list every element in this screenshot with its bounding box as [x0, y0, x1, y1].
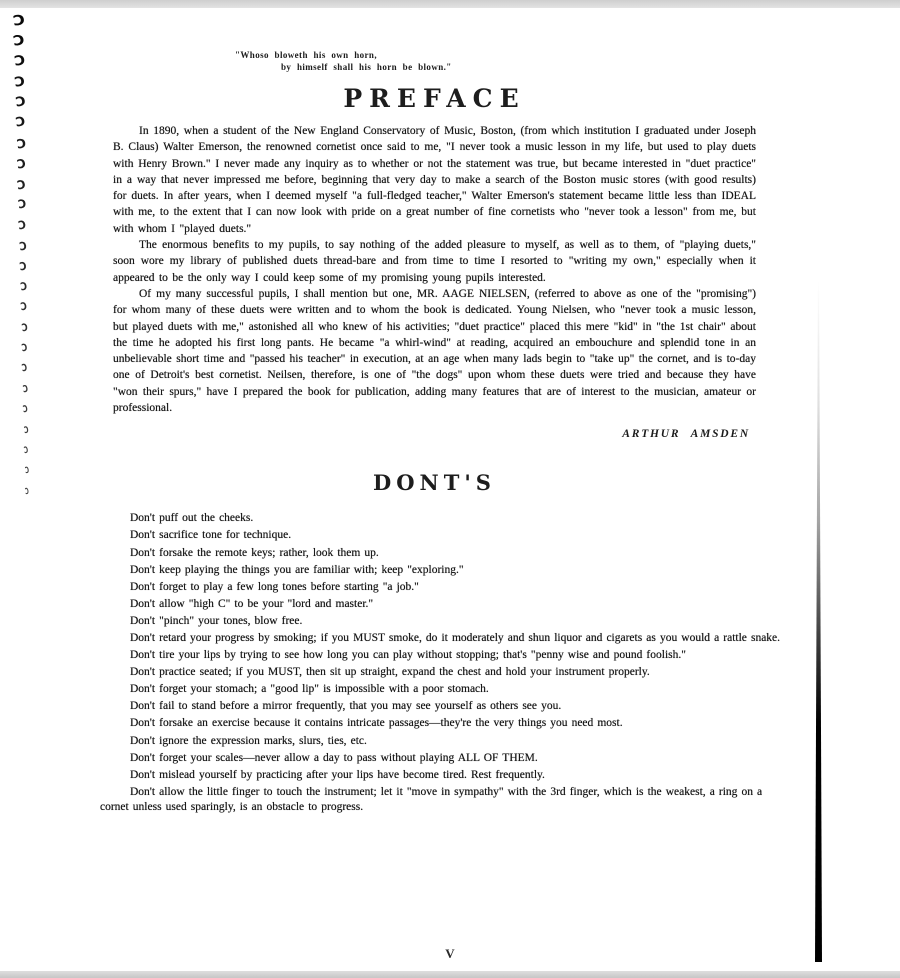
binding-hole: Ɔ	[25, 488, 30, 497]
donts-item: Don't forsake the remote keys; rather, l…	[100, 546, 781, 562]
donts-item: Don't sacrifice tone for technique.	[100, 528, 781, 544]
binding-hole: Ɔ	[17, 199, 27, 212]
donts-item: Don't tire your lips by trying to see ho…	[100, 648, 781, 664]
donts-item: Don't allow "high C" to be your "lord an…	[100, 597, 781, 613]
binding-hole: Ɔ	[18, 240, 27, 252]
scan-edge-bottom	[0, 971, 900, 978]
binding-hole: Ɔ	[22, 364, 29, 375]
binding-hole: Ɔ	[24, 446, 29, 455]
binding-hole: Ɔ	[20, 302, 28, 313]
binding-hole: Ɔ	[16, 137, 27, 151]
page-content: "Whoso bloweth his own horn, by himself …	[113, 0, 756, 818]
donts-item: Don't allow the little finger to touch t…	[100, 785, 781, 816]
donts-list: Don't puff out the cheeks. Don't sacrifi…	[100, 511, 781, 816]
binding-hole: Ɔ	[16, 158, 27, 171]
preface-title: PREFACE	[113, 84, 756, 113]
donts-item: Don't forget to play a few long tones be…	[100, 580, 781, 596]
epigraph-line-2: by himself shall his horn be blown."	[281, 62, 756, 74]
donts-item: Don't keep playing the things you are fa…	[100, 563, 781, 579]
binding-holes: ƆƆƆƆƆƆƆƆƆƆƆƆƆƆƆƆƆƆƆƆƆƆƆƆ	[0, 0, 40, 978]
donts-item: Don't forget your stomach; a "good lip" …	[100, 682, 781, 698]
spine-shadow	[815, 280, 822, 962]
preface-paragraph: Of my many successful pupils, I shall me…	[113, 286, 756, 416]
donts-item: Don't retard your progress by smoking; i…	[100, 631, 781, 647]
binding-hole: Ɔ	[12, 13, 26, 29]
binding-hole: Ɔ	[20, 281, 28, 293]
epigraph: "Whoso bloweth his own horn, by himself …	[235, 50, 756, 73]
binding-hole: Ɔ	[21, 343, 28, 354]
epigraph-line-1: "Whoso bloweth his own horn,	[235, 50, 756, 62]
binding-hole: Ɔ	[17, 178, 27, 191]
donts-item: Don't forsake an exercise because it con…	[100, 716, 781, 732]
binding-hole: Ɔ	[23, 405, 29, 415]
binding-hole: Ɔ	[23, 426, 29, 436]
donts-item: Don't forget your scales—never allow a d…	[100, 751, 781, 767]
preface-paragraph: In 1890, when a student of the New Engla…	[113, 123, 756, 237]
binding-hole: Ɔ	[15, 96, 27, 110]
donts-item: Don't ignore the expression marks, slurs…	[100, 734, 781, 750]
preface-paragraph: The enormous benefits to my pupils, to s…	[113, 237, 756, 286]
binding-hole: Ɔ	[22, 384, 28, 394]
page-number: V	[0, 946, 900, 962]
binding-hole: Ɔ	[24, 467, 29, 476]
binding-hole: Ɔ	[13, 54, 26, 69]
donts-item: Don't practice seated; if you MUST, then…	[100, 665, 781, 681]
binding-hole: Ɔ	[14, 75, 26, 90]
binding-hole: Ɔ	[15, 116, 26, 130]
donts-item: Don't fail to stand before a mirror freq…	[100, 699, 781, 715]
donts-item: Don't puff out the cheeks.	[100, 511, 781, 527]
author-signature: ARTHUR AMSDEN	[113, 428, 756, 440]
scanned-book-page: ƆƆƆƆƆƆƆƆƆƆƆƆƆƆƆƆƆƆƆƆƆƆƆƆ "Whoso bloweth …	[0, 0, 900, 978]
binding-hole: Ɔ	[19, 261, 28, 273]
binding-hole: Ɔ	[13, 34, 26, 49]
binding-hole: Ɔ	[18, 220, 27, 233]
donts-item: Don't "pinch" your tones, blow free.	[100, 614, 781, 630]
donts-title: DONT'S	[113, 470, 756, 495]
donts-item: Don't mislead yourself by practicing aft…	[100, 768, 781, 784]
binding-hole: Ɔ	[21, 323, 28, 334]
